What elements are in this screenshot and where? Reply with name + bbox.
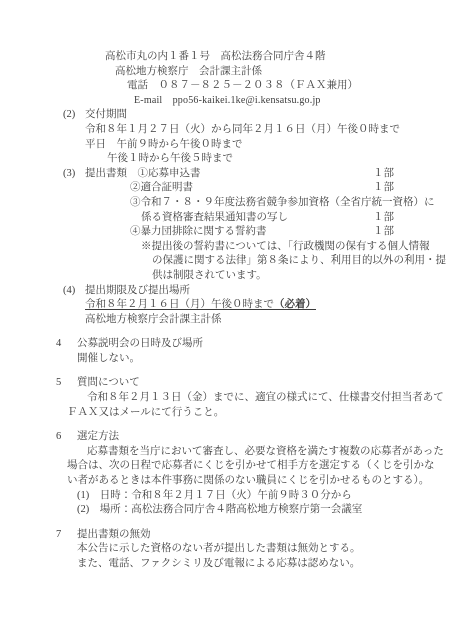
line-text: 選定方法 <box>77 431 119 442</box>
line-text: ※提出後の誓約書については、「行政機関の保有する個人情報 <box>141 241 430 252</box>
document-line: また、電話、ファクシミリ及び電報による応募は認めない。 <box>0 557 452 572</box>
text-segment: E-mail ppo56-kaikei.1ke@i.kensatsu.go.jp <box>134 95 321 106</box>
line-text: 提出期限及び提出場所 <box>85 285 190 296</box>
section-marker: (3) <box>63 167 85 182</box>
text-segment: ②適合証明書 <box>130 182 193 193</box>
document-line: 6選定方法 <box>0 430 452 445</box>
line-text: ②適合証明書 <box>130 182 193 193</box>
copies-count: １部 <box>373 181 394 196</box>
text-segment: (2) 場所：高松法務合同庁舎４階高松地方検察庁第一会議室 <box>77 504 362 515</box>
line-text: 令和８年１月２７日（火）から同年２月１６日（月）午後０時まで <box>85 124 400 135</box>
text-segment: い者があるときは本件事務に関係のない職員にくじを引かせるものとする）。 <box>67 475 429 486</box>
text-segment: 令和８年２月１３日（金）までに、適宜の様式にて、仕様書交付担当者あて <box>87 392 444 403</box>
line-text: (1) 日時：令和８年２月１７日（火）午前９時３０分から <box>77 490 352 501</box>
text-segment: 午後１時から午後５時まで <box>107 153 233 164</box>
text-segment: 係る資格審査結果通知書の写し <box>141 212 288 223</box>
line-text: 令和８年２月１３日（金）までに、適宜の様式にて、仕様書交付担当者あて <box>87 392 444 403</box>
document-line: 開催しない。 <box>0 352 452 367</box>
line-text: 提出書類 ①応募申込書 <box>85 168 201 179</box>
text-segment: 提出書類 ①応募申込書 <box>85 168 201 179</box>
blank-line <box>0 518 452 528</box>
line-text: 平日 午前９時から午後０時まで <box>85 139 243 150</box>
line-text: 午後１時から午後５時まで <box>107 153 233 164</box>
line-text: 電話 ０８７－８２５－２０３８（ＦＡＸ兼用） <box>127 80 358 91</box>
document-line: 令和８年１月２７日（火）から同年２月１６日（月）午後０時まで <box>0 123 452 138</box>
document-line: 令和８年２月１６日（月）午後０時まで（必着） <box>0 298 452 313</box>
document-line: (2)交付期間 <box>0 108 452 123</box>
document-line: ④暴力団排除に関する誓約書１部 <box>0 225 452 240</box>
section-marker: 7 <box>56 528 77 543</box>
section-marker: (4) <box>63 284 85 299</box>
document-line: 本公告に示した資格のない者が提出した書類は無効とする。 <box>0 542 452 557</box>
blank-line <box>0 366 452 376</box>
document-line: 令和８年２月１３日（金）までに、適宜の様式にて、仕様書交付担当者あて <box>0 391 452 406</box>
text-segment: 提出書類の無効 <box>77 529 151 540</box>
text-segment: 質問について <box>77 377 140 388</box>
blank-line <box>0 420 452 430</box>
document-line: 5質問について <box>0 376 452 391</box>
document-line: 供は制限されています。 <box>0 269 452 284</box>
document-line: い者があるときは本件事務に関係のない職員にくじを引かせるものとする）。 <box>0 474 452 489</box>
text-segment: 供は制限されています。 <box>152 270 267 281</box>
text-segment: ※提出後の誓約書については、「行政機関の保有する個人情報 <box>141 241 430 252</box>
line-text: 令和８年２月１６日（月）午後０時まで（必着） <box>85 299 316 310</box>
document-line: 平日 午前９時から午後０時まで <box>0 138 452 153</box>
document-line: E-mail ppo56-kaikei.1ke@i.kensatsu.go.jp <box>0 94 452 109</box>
line-text: ＦＡＸ又はメールにて行うこと。 <box>67 407 224 418</box>
line-text: 供は制限されています。 <box>152 270 267 281</box>
line-text: 提出書類の無効 <box>77 529 151 540</box>
text-segment: 令和８年２月１６日（月）午後０時まで <box>85 299 274 310</box>
text-segment: 令和８年１月２７日（火）から同年２月１６日（月）午後０時まで <box>85 124 400 135</box>
document-line: 電話 ０８７－８２５－２０３８（ＦＡＸ兼用） <box>0 79 452 94</box>
text-segment: 本公告に示した資格のない者が提出した書類は無効とする。 <box>77 543 361 554</box>
document-line: ③令和７・８・９年度法務省競争参加資格（全省庁統一資格）に <box>0 196 452 211</box>
line-text: また、電話、ファクシミリ及び電報による応募は認めない。 <box>77 558 360 569</box>
section-marker: 6 <box>56 430 77 445</box>
line-text: 応募書類を当庁において審査し、必要な資格を満たす複数の応募者があった <box>87 446 444 457</box>
text-segment: 提出期限及び提出場所 <box>85 285 190 296</box>
document-line: 7提出書類の無効 <box>0 528 452 543</box>
emphasized-text: （必着） <box>274 299 316 310</box>
text-segment: 平日 午前９時から午後０時まで <box>85 139 243 150</box>
blank-line <box>0 327 452 337</box>
document-line: (3)提出書類 ①応募申込書１部 <box>0 167 452 182</box>
section-marker: 5 <box>56 376 77 391</box>
line-text: 公募説明会の日時及び場所 <box>77 338 203 349</box>
line-text: E-mail ppo56-kaikei.1ke@i.kensatsu.go.jp <box>134 95 321 106</box>
document-line: 4公募説明会の日時及び場所 <box>0 337 452 352</box>
text-segment: の保護に関する法律」第８条により、利用目的以外の利用・提 <box>152 255 446 266</box>
line-text: 高松地方検察庁会計課主計係 <box>85 314 222 325</box>
copies-count: １部 <box>373 225 394 240</box>
document-line: 高松市丸の内１番１号 高松法務合同庁舎４階 <box>0 50 452 65</box>
document-line: ②適合証明書１部 <box>0 181 452 196</box>
line-text: の保護に関する法律」第８条により、利用目的以外の利用・提 <box>152 255 446 266</box>
section-marker: (2) <box>63 108 85 123</box>
line-text: 係る資格審査結果通知書の写し <box>141 212 288 223</box>
line-text: い者があるときは本件事務に関係のない職員にくじを引かせるものとする）。 <box>67 475 429 486</box>
line-text: 本公告に示した資格のない者が提出した書類は無効とする。 <box>77 543 361 554</box>
document-line: 場合は、次の日程で応募者にくじを引かせて相手方を選定する（くじを引かな <box>0 459 452 474</box>
text-segment: 高松市丸の内１番１号 高松法務合同庁舎４階 <box>105 51 326 62</box>
document-line: 午後１時から午後５時まで <box>0 152 452 167</box>
document-line: (2) 場所：高松法務合同庁舎４階高松地方検察庁第一会議室 <box>0 503 452 518</box>
line-text: 開催しない。 <box>77 353 140 364</box>
line-text: 質問について <box>77 377 140 388</box>
text-segment: 電話 ０８７－８２５－２０３８（ＦＡＸ兼用） <box>127 80 358 91</box>
line-text: 高松市丸の内１番１号 高松法務合同庁舎４階 <box>105 51 326 62</box>
document-line: 高松地方検察庁 会計課主計係 <box>0 65 452 80</box>
line-text: 場合は、次の日程で応募者にくじを引かせて相手方を選定する（くじを引かな <box>67 460 435 471</box>
document-line: ＦＡＸ又はメールにて行うこと。 <box>0 406 452 421</box>
line-text: 交付期間 <box>85 109 127 120</box>
document-line: の保護に関する法律」第８条により、利用目的以外の利用・提 <box>0 254 452 269</box>
document-line: (4)提出期限及び提出場所 <box>0 284 452 299</box>
text-segment: ＦＡＸ又はメールにて行うこと。 <box>67 407 224 418</box>
text-segment: 応募書類を当庁において審査し、必要な資格を満たす複数の応募者があった <box>87 446 444 457</box>
copies-count: １部 <box>373 211 394 226</box>
document-content: 高松市丸の内１番１号 高松法務合同庁舎４階高松地方検察庁 会計課主計係電話 ０８… <box>0 50 452 572</box>
document-line: ※提出後の誓約書については、「行政機関の保有する個人情報 <box>0 240 452 255</box>
document-line: 応募書類を当庁において審査し、必要な資格を満たす複数の応募者があった <box>0 445 452 460</box>
text-segment: 公募説明会の日時及び場所 <box>77 338 203 349</box>
text-segment: 開催しない。 <box>77 353 140 364</box>
text-segment: 交付期間 <box>85 109 127 120</box>
line-text: (2) 場所：高松法務合同庁舎４階高松地方検察庁第一会議室 <box>77 504 362 515</box>
text-segment: また、電話、ファクシミリ及び電報による応募は認めない。 <box>77 558 360 569</box>
text-segment: 選定方法 <box>77 431 119 442</box>
text-segment: ④暴力団排除に関する誓約書 <box>130 226 267 237</box>
section-marker: 4 <box>56 337 77 352</box>
text-segment: 場合は、次の日程で応募者にくじを引かせて相手方を選定する（くじを引かな <box>67 460 435 471</box>
line-text: 高松地方検察庁 会計課主計係 <box>115 66 262 77</box>
text-segment: ③令和７・８・９年度法務省競争参加資格（全省庁統一資格）に <box>130 197 435 208</box>
text-segment: 高松地方検察庁 会計課主計係 <box>115 66 262 77</box>
document-line: 高松地方検察庁会計課主計係 <box>0 313 452 328</box>
line-text: ④暴力団排除に関する誓約書 <box>130 226 267 237</box>
document-line: 係る資格審査結果通知書の写し１部 <box>0 211 452 226</box>
copies-count: １部 <box>373 167 394 182</box>
document-page: 高松市丸の内１番１号 高松法務合同庁舎４階高松地方検察庁 会計課主計係電話 ０８… <box>0 0 452 640</box>
document-line: (1) 日時：令和８年２月１７日（火）午前９時３０分から <box>0 489 452 504</box>
text-segment: (1) 日時：令和８年２月１７日（火）午前９時３０分から <box>77 490 352 501</box>
text-segment: 高松地方検察庁会計課主計係 <box>85 314 222 325</box>
line-text: ③令和７・８・９年度法務省競争参加資格（全省庁統一資格）に <box>130 197 435 208</box>
